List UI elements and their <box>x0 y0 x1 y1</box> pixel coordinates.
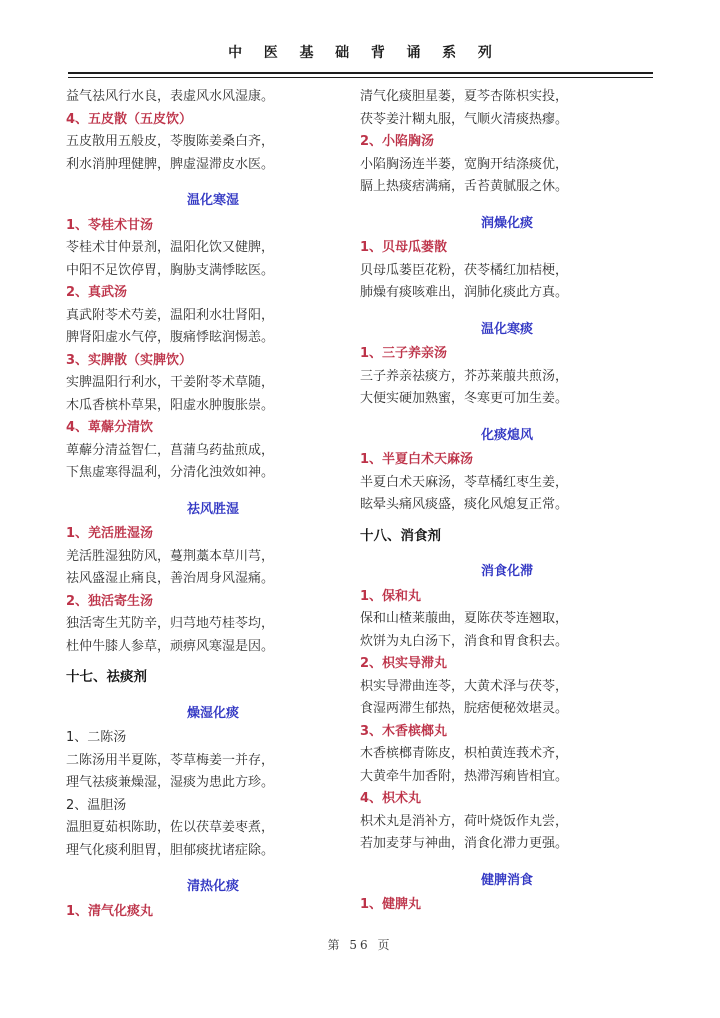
formula-title: 1、羌活胜湿汤 <box>66 523 360 546</box>
verse-line: 木瓜香槟朴草果，阳虚水肿腹胀崇。 <box>66 395 360 418</box>
formula-title: 3、木香槟榔丸 <box>360 721 654 744</box>
verse-line: 五皮散用五般皮，苓腹陈姜桑白齐， <box>66 131 360 154</box>
document-page: 中 医 基 础 背 诵 系 列 益气祛风行水良，表虚风水风湿康。4、五皮散（五皮… <box>0 0 720 1018</box>
verse-line: 真武附苓术芍姜，温阳利水壮肾阳， <box>66 305 360 328</box>
verse-line: 利水消肿理健脾，脾虚湿滞皮水医。 <box>66 154 360 177</box>
series-title: 中 医 基 础 背 诵 系 列 <box>0 45 720 61</box>
formula-title: 1、保和丸 <box>360 586 654 609</box>
verse-line: 小陷胸汤连半蒌，宽胸开结涤痰优， <box>360 154 654 177</box>
category-heading: 消食化滞 <box>360 561 654 584</box>
verse-line: 杜仲牛膝人参草，顽痹风寒湿是因。 <box>66 636 360 659</box>
verse-line: 中阳不足饮停胃，胸胁支满悸眩医。 <box>66 260 360 283</box>
verse-line: 苓桂术甘仲景剂，温阳化饮又健脾， <box>66 237 360 260</box>
formula-title: 2、真武汤 <box>66 282 360 305</box>
category-heading: 温化寒湿 <box>66 190 360 213</box>
verse-line: 羌活胜湿独防风，蔓荆藁本草川芎， <box>66 546 360 569</box>
verse-line: 萆薢分清益智仁，菖蒲乌药盐煎成， <box>66 440 360 463</box>
verse-line: 大便实硬加熟蜜，冬寒更可加生姜。 <box>360 388 654 411</box>
verse-line: 食湿两滞生郁热，脘痞便秘效堪灵。 <box>360 698 654 721</box>
category-heading: 化痰熄风 <box>360 425 654 448</box>
page-header: 中 医 基 础 背 诵 系 列 <box>0 0 720 78</box>
verse-line: 若加麦芽与神曲，消食化滞力更强。 <box>360 833 654 856</box>
formula-title: 1、二陈汤 <box>66 727 360 750</box>
verse-line: 半夏白术天麻汤，苓草橘红枣生姜， <box>360 472 654 495</box>
page-number: 第 56 页 <box>0 936 720 953</box>
verse-line: 眩晕头痛风痰盛，痰化风熄复正常。 <box>360 494 654 517</box>
chapter-heading: 十八、消食剂 <box>360 525 654 548</box>
verse-line: 大黄牵牛加香附，热滞泻痢皆相宜。 <box>360 766 654 789</box>
verse-line: 清气化痰胆星蒌，夏芩杏陈枳实投， <box>360 86 654 109</box>
formula-title: 1、苓桂术甘汤 <box>66 215 360 238</box>
category-heading: 清热化痰 <box>66 876 360 899</box>
formula-title: 1、三子养亲汤 <box>360 343 654 366</box>
category-heading: 温化寒痰 <box>360 319 654 342</box>
category-heading: 健脾消食 <box>360 870 654 893</box>
category-heading: 润燥化痰 <box>360 213 654 236</box>
formula-title: 2、独活寄生汤 <box>66 591 360 614</box>
verse-line: 温胆夏茹枳陈助，佐以茯草姜枣煮， <box>66 817 360 840</box>
verse-line: 保和山楂莱菔曲，夏陈茯苓连翘取， <box>360 608 654 631</box>
verse-line: 脾肾阳虚水气停，腹痛悸眩润惕恙。 <box>66 327 360 350</box>
formula-title: 4、枳术丸 <box>360 788 654 811</box>
category-heading: 燥湿化痰 <box>66 703 360 726</box>
verse-line: 膈上热痰痞满痛，舌苔黄腻服之休。 <box>360 176 654 199</box>
formula-title: 2、小陷胸汤 <box>360 131 654 154</box>
verse-line: 二陈汤用半夏陈，苓草梅姜一并存， <box>66 750 360 773</box>
formula-title: 2、枳实导滞丸 <box>360 653 654 676</box>
verse-line: 益气祛风行水良，表虚风水风湿康。 <box>66 86 360 109</box>
formula-title: 1、健脾丸 <box>360 894 654 917</box>
formula-title: 3、实脾散（实脾饮） <box>66 350 360 373</box>
right-column: 清气化痰胆星蒌，夏芩杏陈枳实投，茯苓姜汁糊丸服，气顺火清痰热瘳。2、小陷胸汤小陷… <box>360 86 654 923</box>
formula-title: 1、半夏白术天麻汤 <box>360 449 654 472</box>
verse-line: 木香槟榔青陈皮，枳柏黄连莪术齐， <box>360 743 654 766</box>
left-column: 益气祛风行水良，表虚风水风湿康。4、五皮散（五皮饮）五皮散用五般皮，苓腹陈姜桑白… <box>66 86 360 923</box>
chapter-heading: 十七、祛痰剂 <box>66 666 360 689</box>
verse-line: 枳术丸是消补方，荷叶烧饭作丸尝， <box>360 811 654 834</box>
verse-line: 茯苓姜汁糊丸服，气顺火清痰热瘳。 <box>360 109 654 132</box>
verse-line: 下焦虚寒得温利，分清化浊效如神。 <box>66 462 360 485</box>
verse-line: 实脾温阳行利水，干姜附苓术草随， <box>66 372 360 395</box>
formula-title: 2、温胆汤 <box>66 795 360 818</box>
verse-line: 枳实导滞曲连苓，大黄术泽与茯苓， <box>360 676 654 699</box>
content-columns: 益气祛风行水良，表虚风水风湿康。4、五皮散（五皮饮）五皮散用五般皮，苓腹陈姜桑白… <box>0 78 720 923</box>
verse-line: 贝母瓜蒌臣花粉，茯苓橘红加桔梗， <box>360 260 654 283</box>
formula-title: 4、萆薢分清饮 <box>66 417 360 440</box>
formula-title: 4、五皮散（五皮饮） <box>66 109 360 132</box>
verse-line: 肺燥有痰咳难出，润肺化痰此方真。 <box>360 282 654 305</box>
verse-line: 理气祛痰兼燥湿，湿痰为患此方珍。 <box>66 772 360 795</box>
category-heading: 祛风胜湿 <box>66 499 360 522</box>
formula-title: 1、贝母瓜蒌散 <box>360 237 654 260</box>
verse-line: 三子养亲祛痰方，芥苏莱菔共煎汤， <box>360 366 654 389</box>
formula-title: 1、清气化痰丸 <box>66 901 360 924</box>
verse-line: 祛风盛湿止痛良，善治周身风湿痛。 <box>66 568 360 591</box>
verse-line: 炊饼为丸白汤下，消食和胃食积去。 <box>360 631 654 654</box>
verse-line: 独活寄生艽防辛，归芎地芍桂苓均， <box>66 613 360 636</box>
verse-line: 理气化痰利胆胃，胆郁痰扰诸症除。 <box>66 840 360 863</box>
